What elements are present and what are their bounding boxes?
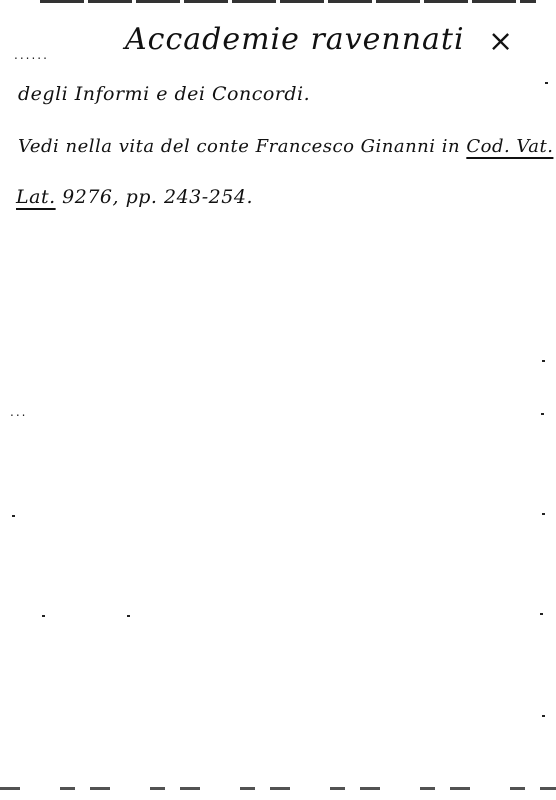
scan-speck — [541, 413, 544, 415]
margin-dots: ...... — [14, 48, 49, 62]
scan-speck — [127, 615, 130, 617]
codex-reference: Cod. Vat. — [466, 136, 553, 157]
card-line-3: Lat. 9276, pp. 243-254. — [16, 186, 253, 208]
card-top-border — [40, 0, 536, 3]
cross-mark-icon: × — [488, 24, 514, 59]
card-line-2: Vedi nella vita del conte Francesco Gina… — [18, 136, 553, 157]
scan-speck — [12, 515, 15, 517]
scan-speck — [542, 513, 545, 515]
scan-speck — [542, 715, 545, 717]
page-reference: 9276, pp. 243-254. — [56, 186, 253, 208]
card-heading: Accademie ravennati — [125, 22, 465, 57]
codex-series: Lat. — [16, 186, 56, 208]
scan-speck — [545, 82, 548, 84]
margin-dots: ... — [10, 405, 27, 419]
reference-text: Vedi nella vita del conte Francesco Gina… — [18, 136, 466, 157]
card-bottom-border — [0, 787, 556, 790]
scan-speck — [542, 360, 545, 362]
scan-speck — [540, 613, 543, 615]
scan-speck — [42, 615, 45, 617]
card-line-1: degli Informi e dei Concordi. — [18, 83, 310, 105]
